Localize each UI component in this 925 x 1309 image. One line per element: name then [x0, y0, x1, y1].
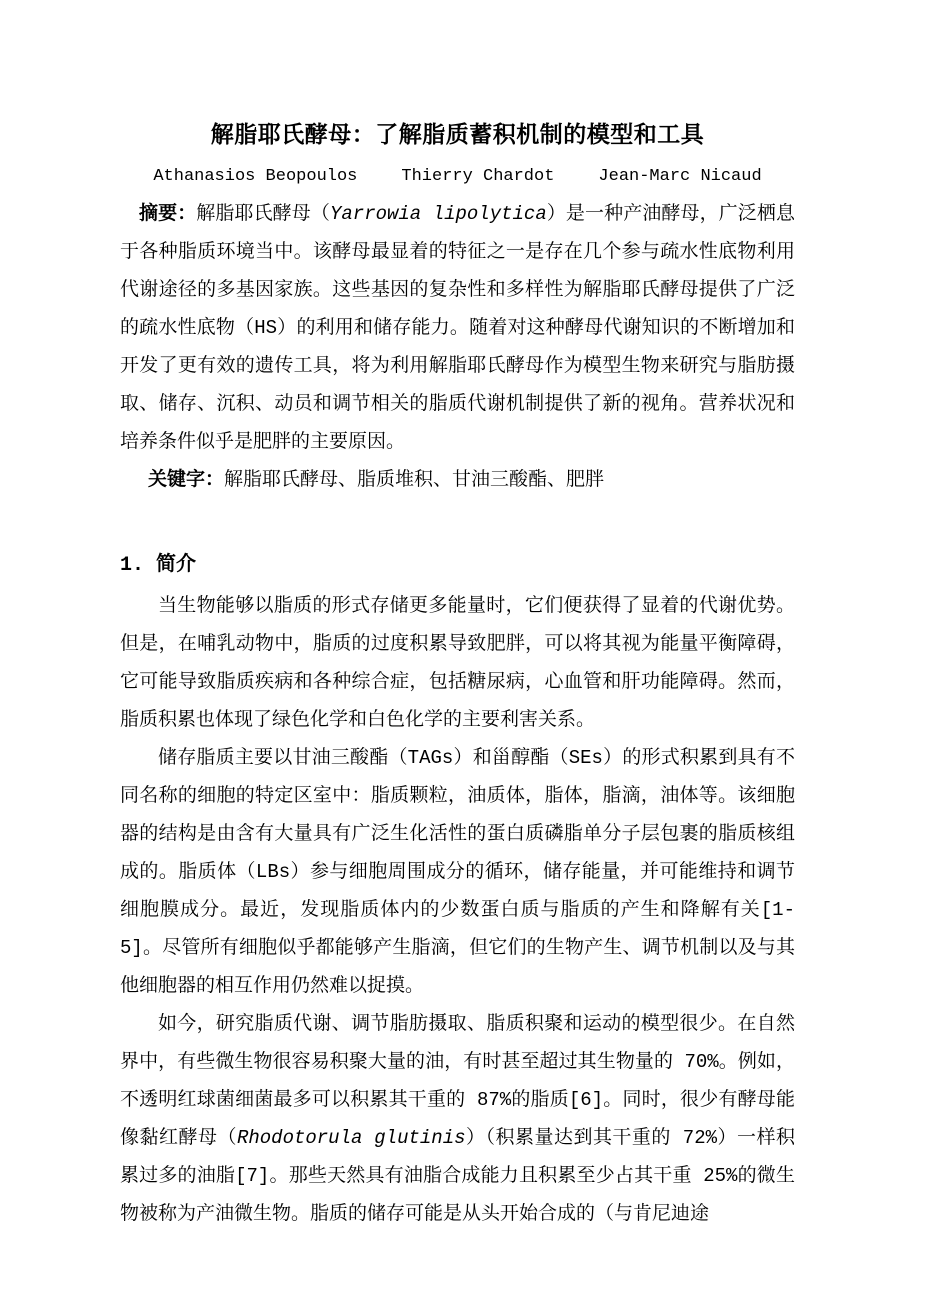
- abstract-text: 解脂耶氏酵母（: [196, 203, 330, 225]
- author-name: Jean-Marc Nicaud: [598, 165, 761, 189]
- paragraph-text: 储存脂质主要以甘油三酸酯（TAGs）和甾醇酯（SEs）的形式积累到具有不同名称的…: [120, 747, 795, 997]
- paragraph-intro-3: 如今，研究脂质代谢、调节脂肪摄取、脂质积聚和运动的模型很少。在自然界中，有些微生…: [120, 1005, 795, 1233]
- abstract-paragraph: 摘要：解脂耶氏酵母（Yarrowia lipolytica）是一种产油酵母，广泛…: [120, 195, 795, 461]
- paragraph-intro-1: 当生物能够以脂质的形式存储更多能量时，它们便获得了显着的代谢优势。但是，在哺乳动…: [120, 587, 795, 739]
- species-name-italic: Rhodotorula glutinis: [237, 1127, 466, 1149]
- paragraph-intro-2: 储存脂质主要以甘油三酸酯（TAGs）和甾醇酯（SEs）的形式积累到具有不同名称的…: [120, 739, 795, 1005]
- species-name-italic: Yarrowia lipolytica: [330, 203, 547, 225]
- paragraph-text: 当生物能够以脂质的形式存储更多能量时，它们便获得了显着的代谢优势。但是，在哺乳动…: [120, 595, 795, 731]
- keywords-line: 关键字：解脂耶氏酵母、脂质堆积、甘油三酸酯、肥胖: [120, 461, 795, 499]
- abstract-label: 摘要：: [139, 203, 196, 225]
- document-page: 解脂耶氏酵母：了解脂质蓄积机制的模型和工具 Athanasios Beopoul…: [0, 0, 925, 1309]
- author-name: Athanasios Beopoulos: [153, 165, 357, 189]
- abstract-text: ）是一种产油酵母，广泛栖息于各种脂质环境当中。该酵母最显着的特征之一是存在几个参…: [120, 203, 795, 453]
- author-name: Thierry Chardot: [401, 165, 554, 189]
- authors-row: Athanasios Beopoulos Thierry Chardot Jea…: [120, 165, 795, 189]
- page-title: 解脂耶氏酵母：了解脂质蓄积机制的模型和工具: [120, 120, 795, 152]
- keywords-text: 解脂耶氏酵母、脂质堆积、甘油三酸酯、肥胖: [224, 469, 604, 491]
- section-heading-introduction: 1. 简介: [120, 547, 795, 585]
- keywords-label: 关键字：: [148, 469, 224, 491]
